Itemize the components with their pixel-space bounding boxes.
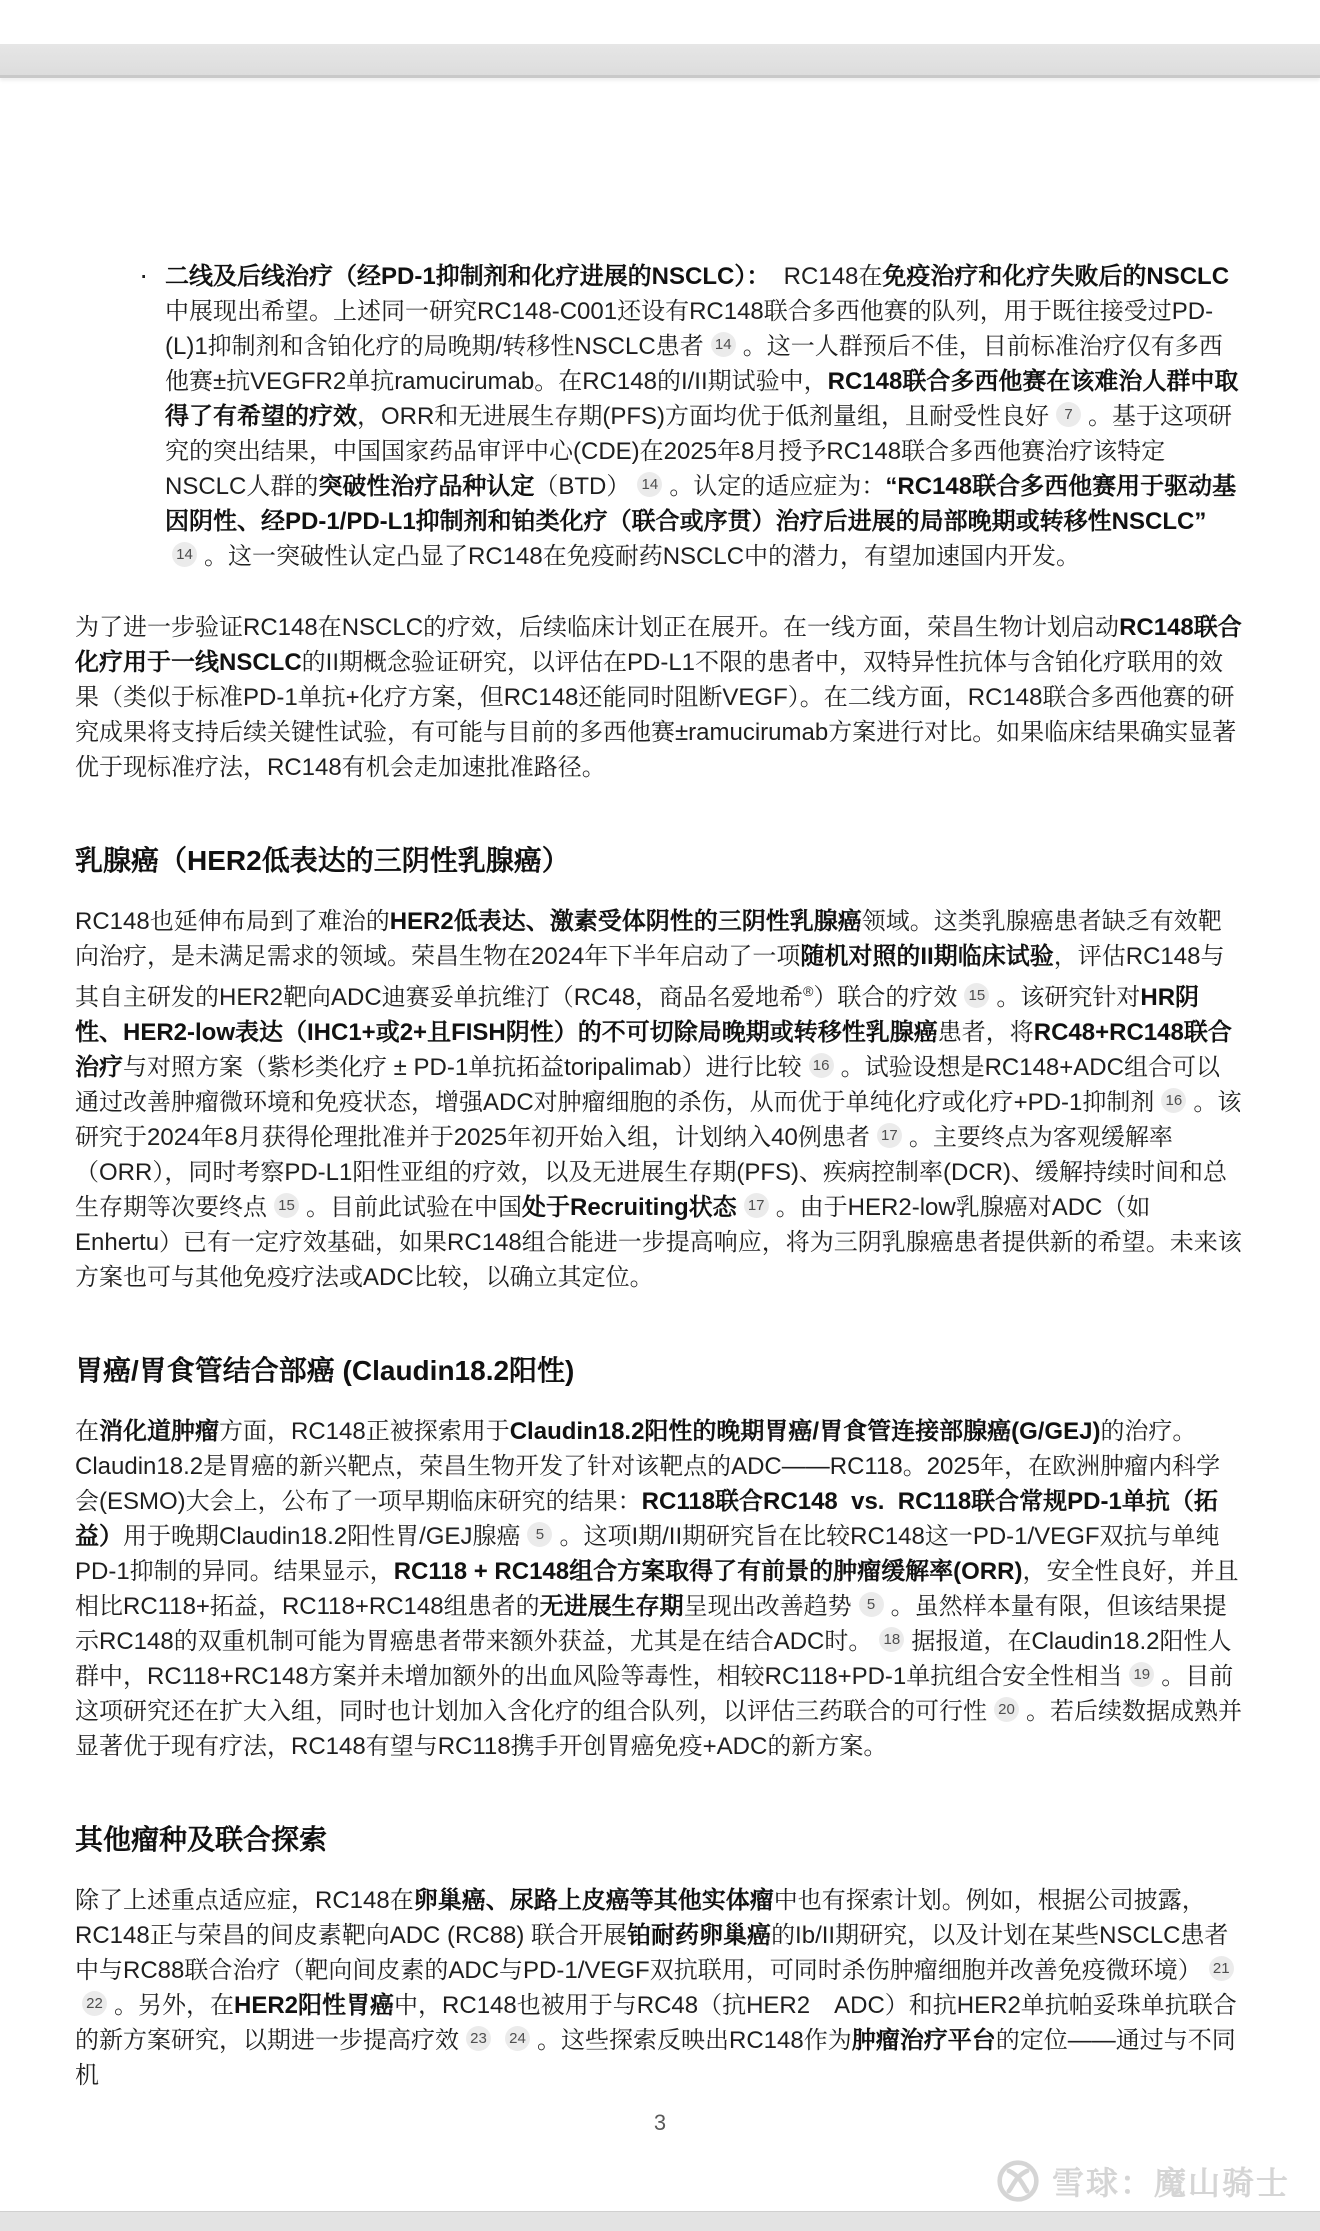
citation-badge[interactable]: 15 bbox=[964, 983, 989, 1008]
bold-run: Claudin18.2阳性的晚期胃癌/胃食管连接部腺癌(G/GEJ) bbox=[510, 1418, 1101, 1445]
text-run: RC148也延伸布局到了难治的 bbox=[75, 908, 390, 935]
citation-badge[interactable]: 20 bbox=[994, 1697, 1019, 1722]
xueqiu-snowball-logo-icon bbox=[996, 2159, 1040, 2203]
section-heading: 胃癌/胃食管结合部癌 (Claudin18.2阳性) bbox=[75, 1350, 1242, 1392]
text-run: （BTD） bbox=[534, 473, 630, 500]
citation-badge[interactable]: 21 bbox=[1209, 1956, 1234, 1981]
bold-run: 卵巢癌、尿路上皮癌等其他实体瘤 bbox=[414, 1887, 774, 1914]
text-run: 在 bbox=[75, 1418, 99, 1445]
citation-badge[interactable]: 14 bbox=[711, 332, 736, 357]
text-run: ）联合的疗效 bbox=[813, 984, 957, 1011]
text-run: 患者，将 bbox=[938, 1019, 1034, 1046]
text-run: 呈现出改善趋势 bbox=[684, 1593, 852, 1620]
page-number: 3 bbox=[0, 2110, 1320, 2136]
citation-badge[interactable]: 16 bbox=[809, 1053, 834, 1078]
text-run: 。该研究针对 bbox=[996, 984, 1140, 1011]
bold-run: 突破性治疗品种认定 bbox=[318, 473, 534, 500]
citation-badge[interactable]: 23 bbox=[466, 2026, 491, 2051]
text-run: RC148在 bbox=[770, 263, 882, 290]
citation-badge[interactable]: 17 bbox=[877, 1123, 902, 1148]
text-run: ，ORR和无进展生存期(PFS)方面均优于低剂量组，且耐受性良好 bbox=[357, 403, 1049, 430]
text-run: 。这些探索反映出RC148作为 bbox=[537, 2027, 852, 2054]
text-run: 用于晚期Claudin18.2阳性胃/GEJ腺癌 bbox=[123, 1523, 520, 1550]
citation-badge[interactable]: 18 bbox=[879, 1627, 904, 1652]
page-gap-divider bbox=[0, 44, 1320, 78]
watermark: 雪球：魔山骑士 bbox=[996, 2158, 1290, 2204]
paragraph: 为了进一步验证RC148在NSCLC的疗效，后续临床计划正在展开。在一线方面，荣… bbox=[75, 610, 1242, 785]
bold-run: 二线及后线治疗（经PD-1抑制剂和化疗进展的NSCLC）： bbox=[165, 263, 770, 290]
top-margin-strip bbox=[0, 0, 1320, 44]
section-heading: 乳腺癌（HER2低表达的三阴性乳腺癌） bbox=[75, 840, 1242, 882]
paragraph: RC148也延伸布局到了难治的HER2低表达、激素受体阴性的三阴性乳腺癌领域。这… bbox=[75, 904, 1242, 1295]
citation-badge[interactable]: 14 bbox=[172, 542, 197, 567]
bold-run: 肿瘤治疗平台 bbox=[852, 2027, 996, 2054]
watermark-text: 雪球：魔山骑士 bbox=[1052, 2158, 1290, 2204]
bold-run: 免疫治疗和化疗失败后的NSCLC bbox=[882, 263, 1229, 290]
text-run: ® bbox=[803, 983, 813, 999]
bold-run: 无进展生存期 bbox=[540, 1593, 684, 1620]
bold-run: RC118 + RC148组合方案取得了有前景的肿瘤缓解率(ORR) bbox=[394, 1558, 1023, 1585]
citation-badge[interactable]: 19 bbox=[1129, 1662, 1154, 1687]
text-run: 。认定的适应症为： bbox=[669, 473, 885, 500]
bottom-app-bar bbox=[0, 2211, 1320, 2231]
text-run: 除了上述重点适应症，RC148在 bbox=[75, 1887, 414, 1914]
section-heading: 其他瘤种及联合探索 bbox=[75, 1819, 1242, 1861]
text-run: 。这一突破性认定凸显了RC148在免疫耐药NSCLC中的潜力，有望加速国内开发。 bbox=[204, 543, 1080, 570]
citation-badge[interactable]: 14 bbox=[637, 472, 662, 497]
bullet-paragraph: ·二线及后线治疗（经PD-1抑制剂和化疗进展的NSCLC）： RC148在免疫治… bbox=[75, 259, 1242, 574]
document-body: ·二线及后线治疗（经PD-1抑制剂和化疗进展的NSCLC）： RC148在免疫治… bbox=[75, 259, 1242, 2093]
paragraph: 在消化道肿瘤方面，RC148正被探索用于Claudin18.2阳性的晚期胃癌/胃… bbox=[75, 1414, 1242, 1764]
document-page: ·二线及后线治疗（经PD-1抑制剂和化疗进展的NSCLC）： RC148在免疫治… bbox=[0, 78, 1320, 2093]
citation-badge[interactable]: 15 bbox=[274, 1193, 299, 1218]
bold-run: 铂耐药卵巢癌 bbox=[627, 1922, 771, 1949]
citation-badge[interactable]: 17 bbox=[744, 1193, 769, 1218]
bold-run: HER2阳性胃癌 bbox=[234, 1992, 394, 2019]
citation-badge[interactable]: 22 bbox=[82, 1991, 107, 2016]
citation-badge[interactable]: 5 bbox=[859, 1592, 884, 1617]
text-run: 。目前此试验在中国 bbox=[306, 1194, 522, 1221]
citation-badge[interactable]: 16 bbox=[1161, 1088, 1186, 1113]
text-run: 与对照方案（紫杉类化疗 ± PD-1单抗拓益toripalimab）进行比较 bbox=[123, 1054, 802, 1081]
text-run: 。另外，在 bbox=[114, 1992, 234, 2019]
citation-badge[interactable]: 7 bbox=[1056, 402, 1081, 427]
bold-run: 消化道肿瘤 bbox=[99, 1418, 219, 1445]
paragraph: 除了上述重点适应症，RC148在卵巢癌、尿路上皮癌等其他实体瘤中也有探索计划。例… bbox=[75, 1883, 1242, 2093]
bullet-marker: · bbox=[139, 257, 148, 292]
bold-run: 随机对照的II期临床试验 bbox=[800, 943, 1053, 970]
text-run: 为了进一步验证RC148在NSCLC的疗效，后续临床计划正在展开。在一线方面，荣… bbox=[75, 614, 1119, 641]
citation-badge[interactable]: 24 bbox=[505, 2026, 530, 2051]
citation-badge[interactable]: 5 bbox=[527, 1522, 552, 1547]
bold-run: 处于Recruiting状态 bbox=[522, 1194, 737, 1221]
text-run: 方面，RC148正被探索用于 bbox=[219, 1418, 510, 1445]
bold-run: HER2低表达、激素受体阴性的三阴性乳腺癌 bbox=[390, 908, 862, 935]
